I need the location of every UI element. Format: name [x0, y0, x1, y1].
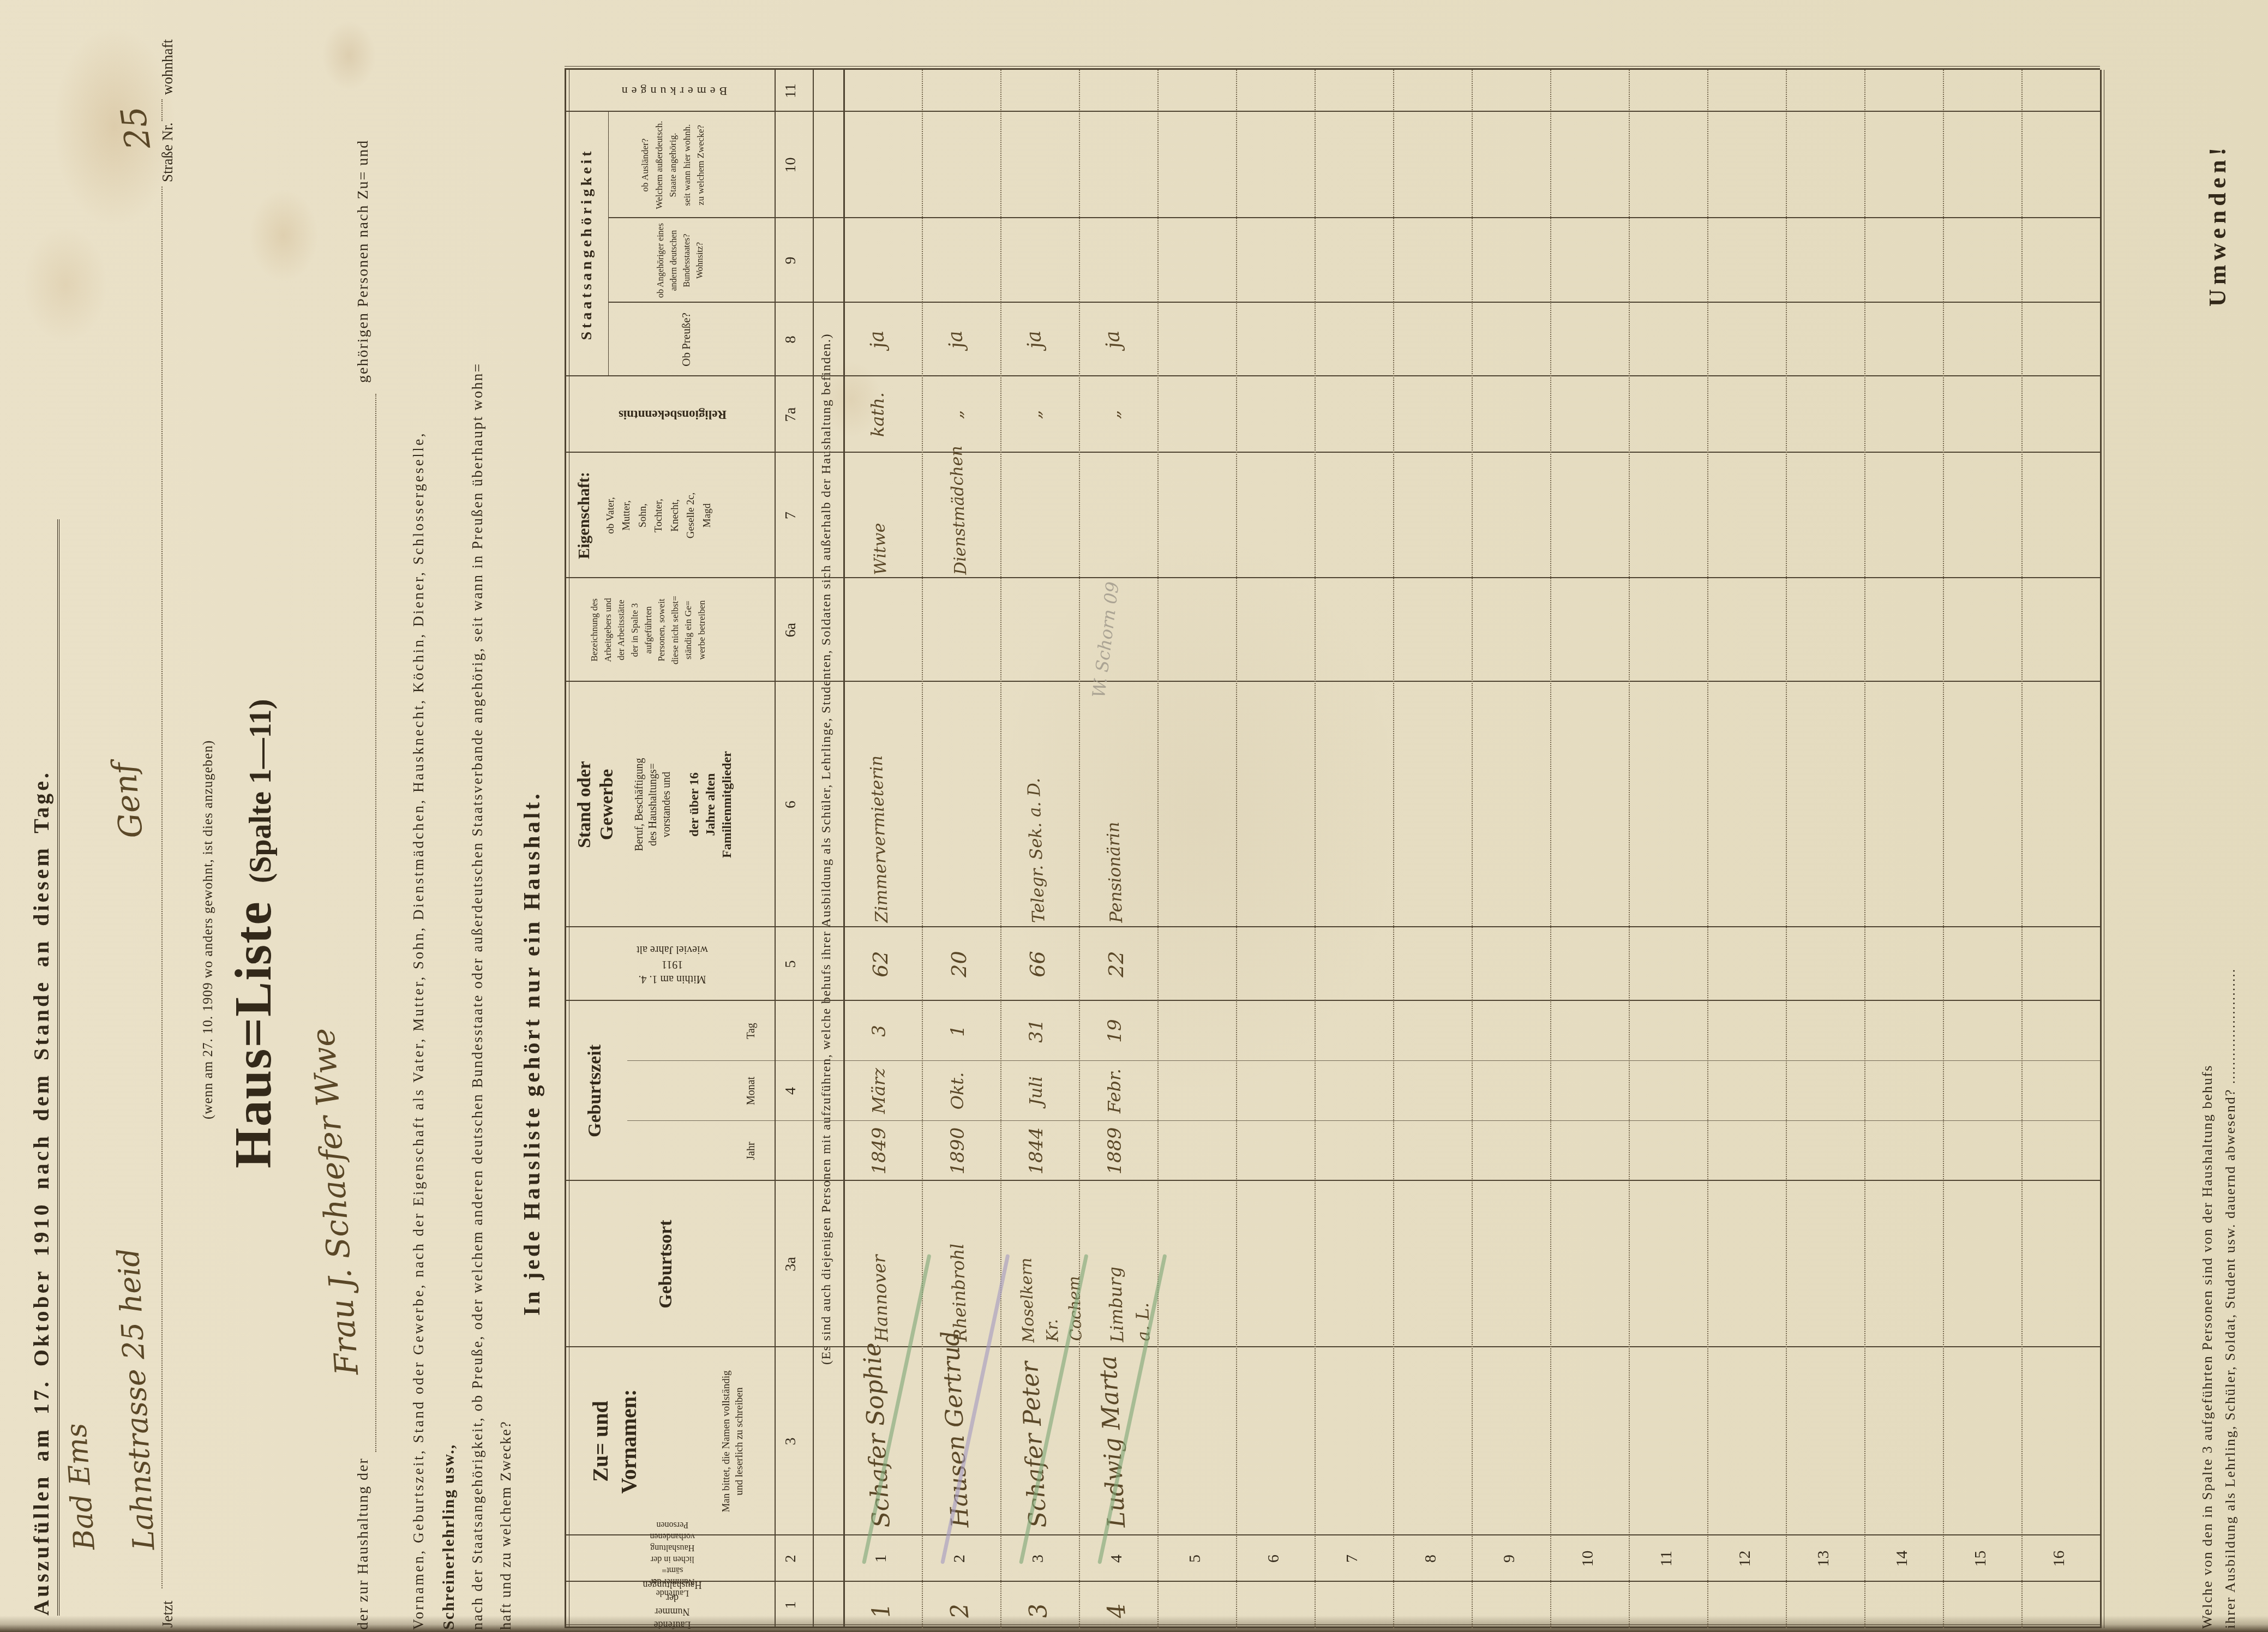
household-number-handwritten: 1	[867, 1601, 896, 1619]
column-number-5: 5	[782, 927, 800, 1001]
row-separator-15	[2021, 70, 2023, 1628]
number-row-line	[813, 70, 814, 1628]
occupation-handwritten: Zimmervermieterin	[867, 755, 892, 923]
birth-day-handwritten: 3	[868, 1001, 890, 1061]
column-number-9: 9	[782, 218, 800, 303]
row-separator-13	[1864, 70, 1865, 1628]
table-note-row: (Es sind auch diejenigen Personen mit au…	[819, 70, 834, 1628]
col6-caption: Stand oder Gewerbe	[574, 682, 619, 927]
person-number-printed: 4	[1107, 1535, 1126, 1582]
occupation-handwritten: Pensionärin	[1103, 821, 1126, 923]
column-number-7: 7	[782, 453, 800, 578]
column-number-3: 3	[782, 1347, 800, 1535]
religion-handwritten: „	[1024, 376, 1045, 453]
person-number-printed: 2	[950, 1535, 969, 1582]
row-separator-9	[1550, 70, 1551, 1628]
birth-year-handwritten: 1844	[1025, 1121, 1047, 1181]
column-number-2: 2	[782, 1535, 800, 1582]
col6-caption-sub2: der über 16 Jahre alten Familienmitglied…	[686, 682, 735, 927]
col6-caption-sub1: Beruf, Beschäftigung des Haushaltungs= v…	[633, 682, 674, 927]
col7-caption-sub: ob Vater, Mutter, Sohn, Tochter, Knecht,…	[603, 453, 715, 578]
person-number-printed: 16	[2050, 1535, 2068, 1582]
col11-caption: Bemerkungen	[570, 70, 775, 112]
status-handwritten: Dienstmädchen	[947, 446, 970, 575]
instruction-line-10: haft und zu welchem Zwecke?	[497, 1420, 514, 1630]
col4-caption: Geburtszeit	[584, 1001, 607, 1181]
row-separator-14	[1943, 70, 1944, 1628]
person-number-printed: 10	[1579, 1535, 1597, 1582]
birth-day-handwritten: 1	[947, 1001, 969, 1061]
person-number-printed: 5	[1186, 1535, 1204, 1582]
col8-caption: Ob Preuße?	[679, 303, 693, 376]
col4-subline-0	[627, 1120, 2100, 1121]
handwritten-city: Bad Ems	[60, 1422, 101, 1551]
col5-caption: Mithin am 1. 4. 1911 wieviel Jahre alt	[570, 927, 775, 1001]
prussian-yes-handwritten: ja	[941, 302, 971, 377]
one-household-note: In jede Hausliste gehört nur ein Haushal…	[519, 791, 545, 1316]
nr-dotted-line	[161, 99, 163, 121]
householder-line-start: der zur Haushaltung der	[355, 1457, 372, 1630]
person-number-printed: 14	[1893, 1535, 1911, 1582]
birth-year-handwritten: 1890	[947, 1121, 969, 1181]
column-number-11: 11	[782, 70, 800, 112]
birth-year-handwritten: 1889	[1104, 1121, 1126, 1181]
row-separator-12	[1786, 70, 1787, 1628]
birthplace-handwritten: Rheinbrohl	[944, 1243, 974, 1342]
row-separator-11	[1707, 70, 1708, 1628]
street-dotted-line	[161, 187, 163, 1588]
person-number-printed: 6	[1264, 1535, 1283, 1582]
age-handwritten: 22	[1104, 927, 1128, 1001]
jetzt-label: Jetzt	[159, 1601, 176, 1628]
birthplace-handwritten: Hannover	[866, 1254, 895, 1342]
row-separator-10	[1629, 70, 1630, 1628]
birth-month-handwritten: März	[868, 1061, 889, 1121]
row-separator-3	[1079, 70, 1080, 1628]
person-number-printed: 1	[872, 1535, 890, 1582]
body-top-line	[843, 70, 845, 1628]
person-number-printed: 8	[1421, 1535, 1440, 1582]
row-separator-8	[1472, 70, 1473, 1628]
column-number-6: 6	[782, 682, 800, 927]
umwenden-label: Umwenden!	[2204, 143, 2231, 307]
age-handwritten: 66	[1025, 927, 1049, 1001]
birth-month-handwritten: Juli	[1025, 1061, 1046, 1121]
col4-sub-tag: Tag	[745, 1001, 758, 1061]
age-handwritten: 20	[947, 927, 971, 1001]
person-number-printed: 13	[1814, 1535, 1833, 1582]
col3a-caption: Geburtsort	[655, 1181, 678, 1347]
prussian-yes-handwritten: ja	[862, 302, 892, 377]
religion-handwritten: kath.	[867, 376, 888, 453]
handwritten-street-2: Genf	[105, 760, 150, 840]
footer-question-line2: ihrer Ausbildung als Lehrling, Schüler, …	[2222, 968, 2239, 1629]
table-top-border-inner	[569, 70, 569, 1628]
col2-caption: Laufende Nummer der sämt= lichen in der …	[570, 1535, 775, 1582]
form-title-sub: (Spalte 1—11)	[244, 699, 278, 884]
household-number-handwritten: 4	[1102, 1601, 1132, 1619]
handwritten-house-number: 25	[113, 104, 158, 152]
column-number-1: 1	[782, 1582, 800, 1628]
caption-bottom-line	[775, 70, 776, 1628]
birth-year-handwritten: 1849	[868, 1121, 890, 1181]
prussian-yes-handwritten: ja	[1098, 302, 1128, 377]
form-title-main: Haus=Liste	[224, 901, 282, 1168]
birth-day-handwritten: 31	[1025, 1001, 1047, 1061]
previous-residence-note: (wenn am 27. 10. 1909 wo anders gewohnt,…	[201, 740, 216, 1119]
row-separator-2	[1000, 70, 1001, 1628]
col-line-11	[608, 302, 2100, 303]
religion-handwritten: „	[946, 376, 967, 453]
instruction-line-9: nach der Staatsangehörigkeit, ob Preuße,…	[469, 59, 486, 1630]
status-handwritten: Witwe	[869, 523, 890, 575]
strasse-nr-label: Straße Nr.	[159, 123, 176, 182]
column-number-6a: 6a	[782, 578, 800, 682]
scanned-census-form: Auszufüllen am 17. Oktober 1910 nach dem…	[0, 0, 2268, 1632]
household-number-handwritten: 2	[945, 1601, 975, 1619]
row-separator-6	[1315, 70, 1316, 1628]
handwritten-street: Lahnstrasse 25 heid	[111, 1247, 161, 1551]
group-underline	[608, 112, 609, 376]
col-line-12	[608, 218, 2100, 219]
row-separator-5	[1236, 70, 1237, 1628]
person-number-printed: 3	[1029, 1535, 1047, 1582]
person-number-printed: 15	[1971, 1535, 1990, 1582]
prussian-yes-handwritten: ja	[1019, 302, 1049, 377]
religion-handwritten: „	[1103, 376, 1124, 453]
wohnhaft-label: wohnhaft	[159, 39, 176, 95]
group-caption-staatsangehoerigkeit: Staatsangehörigkeit	[577, 112, 596, 376]
occupation-handwritten: Telegr. Sek. a. D.	[1024, 778, 1048, 923]
col4-sub-monat: Monat	[745, 1061, 758, 1121]
person-number-printed: 7	[1343, 1535, 1361, 1582]
col6a-caption: Bezeichnung des Arbeitgebers und der Arb…	[588, 578, 709, 682]
column-number-3a: 3a	[782, 1181, 800, 1347]
birth-month-handwritten: Okt.	[947, 1061, 968, 1121]
row-separator-7	[1393, 70, 1394, 1628]
birth-day-handwritten: 19	[1104, 1001, 1126, 1061]
row-separator-1	[922, 70, 923, 1628]
form-title: Haus=Liste (Spalte 1—11)	[223, 699, 283, 1168]
householder-line-end: gehörigen Personen nach Zu= und	[355, 140, 372, 383]
column-number-7a: 7a	[782, 376, 800, 453]
household-number-handwritten: 3	[1024, 1601, 1053, 1619]
form-sheet: Auszufüllen am 17. Oktober 1910 nach dem…	[0, 0, 2268, 1632]
householder-dotted-line	[375, 394, 376, 1452]
column-number-8: 8	[782, 303, 800, 376]
instruction-line-7: Vornamen, Geburtszeit, Stand oder Gewerb…	[410, 59, 427, 1630]
table-top-border	[565, 70, 566, 1628]
handwritten-householder: Frau J. Schaefer Wwe	[304, 1027, 365, 1376]
col7a-caption: Religionsbekenntnis	[570, 376, 775, 453]
col7-caption: Eigenschaft:	[574, 453, 595, 578]
table-bottom-inner	[2104, 70, 2104, 1628]
col-line-inner-14	[565, 66, 2100, 67]
column-number-4: 4	[782, 1001, 800, 1181]
person-number-printed: 12	[1736, 1535, 1754, 1582]
table-bottom-border	[2100, 70, 2102, 1628]
column-number-10: 10	[782, 112, 800, 218]
person-number-printed: 11	[1657, 1535, 1676, 1582]
person-number-printed: 9	[1500, 1535, 1519, 1582]
age-handwritten: 62	[868, 927, 892, 1001]
col4-subline-1	[627, 1060, 2100, 1061]
row-separator-4	[1157, 70, 1159, 1628]
col10-caption: ob Ausländer? Welchem außerdeutsch. Staa…	[638, 112, 708, 218]
instruction-line-8: Schreinerlehrling usw.,	[440, 1444, 458, 1630]
col9-caption: ob Angehöriger eines andern deutschen Bu…	[655, 218, 707, 303]
col3-caption-sub: Man bittet, die Namen vollständig und le…	[720, 1347, 746, 1535]
col4-sub-jahr: Jahr	[745, 1121, 758, 1181]
footer-question-line1: Welche von den in Spalte 3 aufgeführten …	[2199, 1065, 2216, 1629]
birth-month-handwritten: Febr.	[1104, 1061, 1125, 1121]
col3-caption: Zu= und Vornamen:	[586, 1347, 643, 1535]
fill-in-date-line: Auszufüllen am 17. Oktober 1910 nach dem…	[28, 519, 59, 1616]
